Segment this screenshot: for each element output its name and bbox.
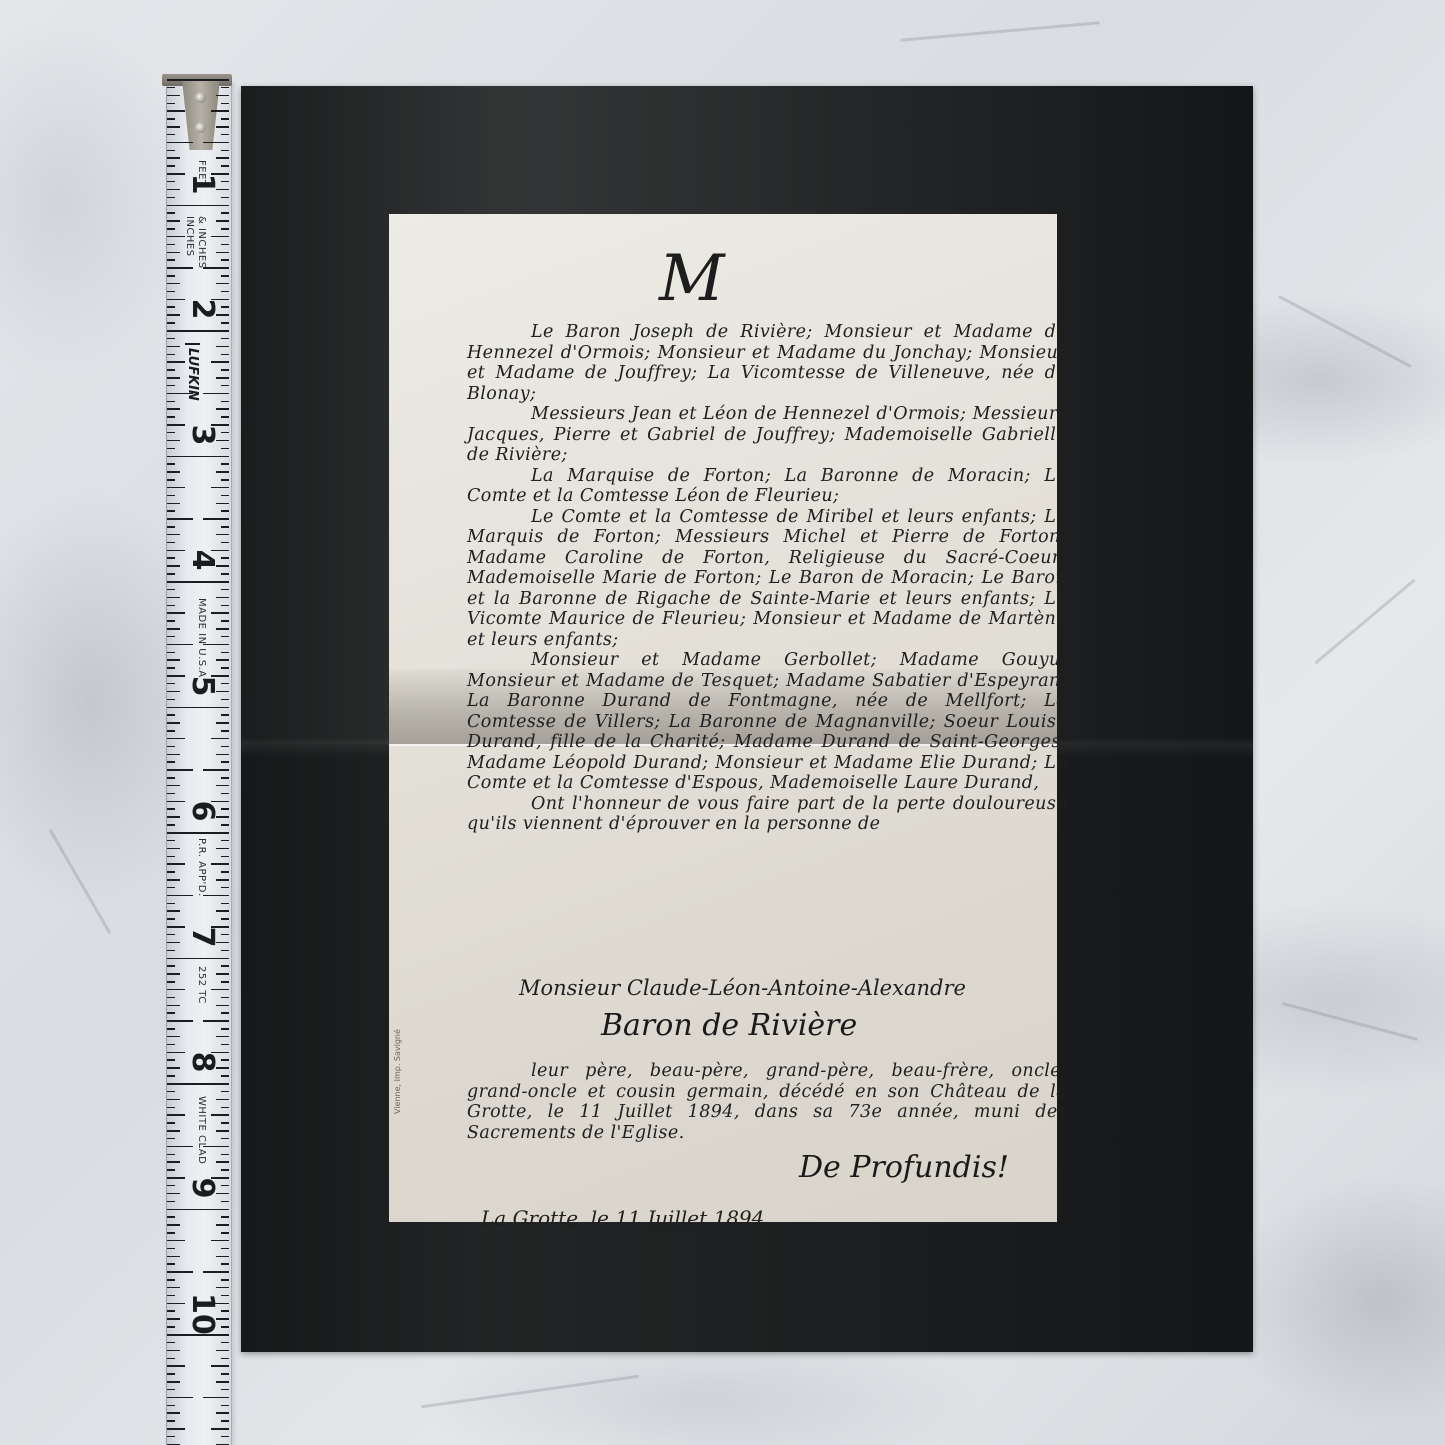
tick-mark xyxy=(167,926,185,928)
tick-mark xyxy=(221,463,229,465)
tick-mark xyxy=(167,1412,180,1414)
tick-mark xyxy=(216,1036,229,1038)
tick-mark xyxy=(203,707,229,709)
tape-label: 252 TC xyxy=(196,966,207,1004)
tick-mark xyxy=(167,722,180,724)
tick-mark xyxy=(167,401,175,403)
tick-mark xyxy=(221,840,229,842)
tick-mark xyxy=(167,1177,185,1179)
tick-mark xyxy=(211,989,229,991)
tape-label: WHITE CLAD xyxy=(196,1096,207,1164)
tick-mark xyxy=(203,393,229,395)
tick-mark xyxy=(167,212,175,214)
tick-mark xyxy=(167,1169,175,1171)
tick-mark xyxy=(211,1114,229,1116)
inch-number: 4 xyxy=(187,540,217,580)
tick-mark xyxy=(167,628,180,630)
tick-mark xyxy=(167,1279,175,1281)
tick-mark xyxy=(167,691,180,693)
tick-mark xyxy=(221,746,229,748)
tick-mark xyxy=(167,605,175,607)
tick-mark xyxy=(221,1012,229,1014)
tick-mark xyxy=(167,573,175,575)
tick-mark xyxy=(203,958,229,960)
tick-mark xyxy=(221,1279,229,1281)
tick-mark xyxy=(203,1209,229,1211)
tick-mark xyxy=(167,503,180,505)
inch-number: 9 xyxy=(187,1168,217,1208)
tick-mark xyxy=(221,1107,229,1109)
paragraph: Ont l'honneur de vous faire part de la p… xyxy=(467,794,1067,835)
tick-mark xyxy=(167,1271,193,1273)
tick-mark xyxy=(167,1146,193,1148)
deceased-name: Monsieur Claude-Léon-Antoine-Alexandre xyxy=(519,976,966,1000)
tick-mark xyxy=(216,1130,229,1132)
tick-mark xyxy=(221,165,229,167)
tick-mark xyxy=(221,934,229,936)
tick-mark xyxy=(221,871,229,873)
tick-mark xyxy=(167,652,175,654)
tick-mark xyxy=(167,667,175,669)
tick-mark xyxy=(216,503,229,505)
tick-mark xyxy=(167,1350,180,1352)
tick-mark xyxy=(167,110,185,112)
tick-mark xyxy=(167,1389,175,1391)
tick-mark xyxy=(216,126,229,128)
tick-mark xyxy=(216,1287,229,1289)
tick-mark xyxy=(167,777,175,779)
tick-mark xyxy=(221,103,229,105)
tick-mark xyxy=(167,299,185,301)
tick-mark xyxy=(167,612,185,614)
tick-mark xyxy=(203,581,229,583)
tick-mark xyxy=(167,730,175,732)
tick-mark xyxy=(167,808,175,810)
tick-mark xyxy=(221,118,229,120)
tick-mark xyxy=(216,534,229,536)
tick-mark xyxy=(167,1373,175,1375)
tick-mark xyxy=(167,157,180,159)
tick-mark xyxy=(221,1169,229,1171)
tick-mark xyxy=(221,1295,229,1297)
tick-mark xyxy=(167,1326,175,1328)
tick-mark xyxy=(221,87,229,89)
tick-mark xyxy=(221,150,229,152)
tick-mark xyxy=(167,989,185,991)
inch-number: 2 xyxy=(187,289,217,329)
tick-mark xyxy=(167,659,180,661)
paragraph: Monsieur et Madame Gerbollet; Madame Gou… xyxy=(467,650,1067,794)
tick-mark xyxy=(167,840,175,842)
marble-vein xyxy=(900,21,1100,41)
tick-mark xyxy=(221,1420,229,1422)
tick-mark xyxy=(216,346,229,348)
tick-mark xyxy=(167,1397,193,1399)
tick-mark xyxy=(167,103,175,105)
tick-mark xyxy=(167,557,175,559)
tick-mark xyxy=(216,659,229,661)
tick-mark xyxy=(167,534,180,536)
tick-mark xyxy=(216,1224,229,1226)
tick-mark xyxy=(167,1107,175,1109)
tick-mark xyxy=(221,903,229,905)
tick-mark xyxy=(167,1263,175,1265)
tick-mark xyxy=(167,236,185,238)
tick-mark xyxy=(221,605,229,607)
tick-mark xyxy=(216,754,229,756)
tick-mark xyxy=(221,1154,229,1156)
tick-mark xyxy=(167,526,175,528)
tick-mark xyxy=(221,385,229,387)
tick-mark xyxy=(203,142,229,144)
tick-mark xyxy=(167,973,180,975)
tick-mark xyxy=(167,1381,180,1383)
tick-mark xyxy=(221,1044,229,1046)
tick-mark xyxy=(221,306,229,308)
tick-mark xyxy=(221,683,229,685)
tick-mark xyxy=(211,612,229,614)
tick-mark xyxy=(221,620,229,622)
tick-mark xyxy=(167,1122,175,1124)
tick-mark xyxy=(167,1020,193,1022)
tick-mark xyxy=(167,636,175,638)
tick-mark xyxy=(221,1138,229,1140)
tape-brand: LUFKIN xyxy=(185,343,200,401)
tick-mark xyxy=(221,275,229,277)
tick-mark xyxy=(211,487,229,489)
tick-mark xyxy=(203,769,229,771)
paragraph: Messieurs Jean et Léon de Hennezel d'Orm… xyxy=(467,404,1067,466)
tick-mark xyxy=(167,1138,175,1140)
tick-mark xyxy=(167,1059,175,1061)
tick-mark xyxy=(216,408,229,410)
tick-mark xyxy=(167,197,175,199)
tick-mark xyxy=(167,377,180,379)
tick-mark xyxy=(167,1232,175,1234)
tick-mark xyxy=(167,346,180,348)
tick-mark xyxy=(167,1044,175,1046)
tick-mark xyxy=(221,1248,229,1250)
tick-mark xyxy=(167,1028,175,1030)
tick-mark xyxy=(167,565,180,567)
tick-mark xyxy=(167,487,185,489)
tick-mark xyxy=(167,1012,175,1014)
marble-vein xyxy=(421,1375,639,1409)
tick-mark xyxy=(216,973,229,975)
inch-number: 5 xyxy=(187,666,217,706)
tick-mark xyxy=(167,181,175,183)
tick-mark xyxy=(167,118,175,120)
mourning-card: M Le Baron Joseph de Rivière; Monsieur e… xyxy=(241,86,1253,1352)
tick-mark xyxy=(167,965,175,967)
tick-mark xyxy=(167,322,175,324)
tick-mark xyxy=(221,1201,229,1203)
tick-mark xyxy=(167,950,175,952)
tick-mark xyxy=(167,910,180,912)
tape-label: & INCHES xyxy=(196,216,207,269)
tick-mark xyxy=(216,1161,229,1163)
tick-mark xyxy=(216,848,229,850)
tick-mark xyxy=(167,1428,185,1430)
tick-mark xyxy=(167,1248,175,1250)
tick-mark xyxy=(167,856,175,858)
tick-mark xyxy=(221,448,229,450)
tick-mark xyxy=(221,1028,229,1030)
tick-mark xyxy=(221,589,229,591)
tick-mark xyxy=(167,1067,180,1069)
tick-mark xyxy=(167,1185,175,1187)
tick-mark xyxy=(221,197,229,199)
tape-label: INCHES xyxy=(184,216,195,257)
tick-mark xyxy=(216,95,229,97)
tick-mark xyxy=(167,252,180,254)
tick-mark xyxy=(221,824,229,826)
tick-mark xyxy=(211,1365,229,1367)
tick-mark xyxy=(216,910,229,912)
tick-mark xyxy=(167,644,193,646)
tick-mark xyxy=(221,354,229,356)
tick-mark xyxy=(167,675,185,677)
tick-mark xyxy=(221,1389,229,1391)
tick-mark xyxy=(167,620,175,622)
tick-mark xyxy=(221,1373,229,1375)
tick-mark xyxy=(221,887,229,889)
tick-mark xyxy=(203,330,229,332)
tick-mark xyxy=(216,283,229,285)
tick-mark xyxy=(221,495,229,497)
tape-label: P.R. APP'D. xyxy=(196,838,207,897)
tick-mark xyxy=(167,424,185,426)
tick-mark xyxy=(167,754,180,756)
tick-mark xyxy=(167,816,180,818)
tick-mark xyxy=(221,1091,229,1093)
tick-mark xyxy=(167,1091,175,1093)
tick-mark xyxy=(216,722,229,724)
tick-mark xyxy=(167,1256,180,1258)
tick-mark xyxy=(221,1310,229,1312)
tick-mark xyxy=(203,1271,229,1273)
rivet-icon xyxy=(195,92,206,103)
tick-mark xyxy=(203,1020,229,1022)
tick-mark xyxy=(167,95,180,97)
tick-mark xyxy=(216,1412,229,1414)
tick-mark xyxy=(221,1405,229,1407)
tick-mark xyxy=(167,275,175,277)
tick-mark xyxy=(221,259,229,261)
paragraph: La Marquise de Forton; La Baronne de Mor… xyxy=(467,466,1067,507)
tick-mark xyxy=(221,652,229,654)
tick-mark xyxy=(167,801,185,803)
tick-mark xyxy=(211,361,229,363)
tick-mark xyxy=(216,1256,229,1258)
tick-mark xyxy=(221,1358,229,1360)
tick-mark xyxy=(167,306,175,308)
tick-mark xyxy=(167,448,175,450)
tick-mark xyxy=(167,1099,180,1101)
tick-mark xyxy=(221,1059,229,1061)
tick-mark xyxy=(203,518,229,520)
tick-mark xyxy=(167,1052,185,1054)
tick-mark xyxy=(203,79,229,81)
tick-mark xyxy=(221,369,229,371)
tick-mark xyxy=(167,895,193,897)
deceased-title: Baron de Rivière xyxy=(601,1008,857,1043)
tick-mark xyxy=(167,1287,180,1289)
inch-number: 1 xyxy=(187,164,217,204)
tick-mark xyxy=(167,291,175,293)
tick-mark xyxy=(167,518,193,520)
tick-mark xyxy=(221,291,229,293)
tick-mark xyxy=(167,1130,180,1132)
tick-mark xyxy=(221,1436,229,1438)
tick-mark xyxy=(221,510,229,512)
inch-number: 10 xyxy=(187,1293,217,1333)
tick-mark xyxy=(221,997,229,999)
tick-mark xyxy=(167,997,175,999)
tick-mark xyxy=(167,1005,180,1007)
tick-mark xyxy=(167,1358,175,1360)
tick-mark xyxy=(167,761,175,763)
tick-mark xyxy=(167,1342,175,1344)
tick-mark xyxy=(167,267,193,269)
tick-mark xyxy=(167,165,175,167)
tick-mark xyxy=(221,1216,229,1218)
tick-mark xyxy=(167,746,175,748)
paragraph: leur père, beau-père, grand-père, beau-f… xyxy=(467,1061,1067,1143)
tick-mark xyxy=(167,479,175,481)
tick-mark xyxy=(221,1122,229,1124)
tick-mark xyxy=(221,228,229,230)
tick-mark xyxy=(167,1303,185,1305)
tick-mark xyxy=(167,134,175,136)
tick-mark xyxy=(221,699,229,701)
tick-mark xyxy=(221,212,229,214)
tick-mark xyxy=(221,950,229,952)
tick-mark xyxy=(211,738,229,740)
tick-mark xyxy=(167,369,175,371)
tick-mark xyxy=(216,597,229,599)
tick-mark xyxy=(167,1405,175,1407)
tick-mark xyxy=(167,848,180,850)
tick-mark xyxy=(221,542,229,544)
tick-mark xyxy=(221,557,229,559)
printer-mark: Vienne, Imp. Savigné xyxy=(393,1029,402,1114)
tick-mark xyxy=(167,361,185,363)
marble-vein xyxy=(49,829,112,934)
tick-mark xyxy=(216,252,229,254)
tick-mark xyxy=(221,667,229,669)
tick-mark xyxy=(167,550,185,552)
tick-mark xyxy=(167,1193,180,1195)
place-date: La Grotte, le 11 Juillet 1894. xyxy=(481,1206,771,1230)
tick-mark xyxy=(216,628,229,630)
tick-mark xyxy=(167,1161,180,1163)
tick-mark xyxy=(221,981,229,983)
tick-mark xyxy=(167,354,175,356)
tick-mark xyxy=(221,134,229,136)
tick-mark xyxy=(167,259,175,261)
tick-mark xyxy=(221,856,229,858)
tick-mark xyxy=(221,401,229,403)
tick-mark xyxy=(167,1216,175,1218)
tick-mark xyxy=(167,769,193,771)
inch-number: 6 xyxy=(187,791,217,831)
inch-number: 7 xyxy=(187,917,217,957)
tick-mark xyxy=(167,220,180,222)
tick-mark xyxy=(221,1075,229,1077)
tick-mark xyxy=(167,510,175,512)
marble-vein xyxy=(1282,1002,1418,1041)
tick-mark xyxy=(167,785,180,787)
tick-mark xyxy=(167,597,180,599)
tick-mark xyxy=(167,142,193,144)
tick-mark xyxy=(167,824,175,826)
tick-mark xyxy=(221,793,229,795)
inch-number: 8 xyxy=(187,1042,217,1082)
tick-mark xyxy=(167,471,180,473)
tick-mark xyxy=(211,1240,229,1242)
tick-mark xyxy=(203,1083,229,1085)
prayer: De Profundis! xyxy=(799,1150,1009,1185)
tick-mark xyxy=(167,228,175,230)
paragraph: Le Baron Joseph de Rivière; Monsieur et … xyxy=(467,322,1067,404)
tick-mark xyxy=(167,1036,180,1038)
tick-mark xyxy=(211,863,229,865)
inch-number: 3 xyxy=(187,415,217,455)
tick-mark xyxy=(221,244,229,246)
tick-mark xyxy=(221,573,229,575)
monogram: M xyxy=(659,242,725,316)
tick-mark xyxy=(216,1005,229,1007)
tick-mark xyxy=(221,777,229,779)
tick-mark xyxy=(167,463,175,465)
tick-mark xyxy=(167,126,180,128)
tick-mark xyxy=(167,385,175,387)
death-notice: leur père, beau-père, grand-père, beau-f… xyxy=(467,1061,1067,1143)
rivet-icon xyxy=(195,122,206,133)
tick-mark xyxy=(221,761,229,763)
tick-mark xyxy=(221,714,229,716)
tick-mark xyxy=(167,793,175,795)
tick-mark xyxy=(167,887,175,889)
tick-mark xyxy=(216,1350,229,1352)
tick-mark xyxy=(221,1342,229,1344)
tick-mark xyxy=(167,879,180,881)
tick-mark xyxy=(221,479,229,481)
tick-mark xyxy=(167,1154,175,1156)
tick-mark xyxy=(221,432,229,434)
tick-mark xyxy=(167,314,180,316)
tick-mark xyxy=(203,832,229,834)
tick-mark xyxy=(221,965,229,967)
paragraph: Le Comte et la Comtesse de Miribel et le… xyxy=(467,507,1067,651)
tick-mark xyxy=(216,220,229,222)
marble-vein xyxy=(1314,579,1416,665)
tick-mark xyxy=(167,408,180,410)
tick-mark xyxy=(167,1436,175,1438)
tick-mark xyxy=(167,542,175,544)
tick-mark xyxy=(167,903,175,905)
tick-mark xyxy=(221,181,229,183)
tick-mark xyxy=(167,283,180,285)
tick-mark xyxy=(216,471,229,473)
tick-mark xyxy=(221,1232,229,1234)
tick-mark xyxy=(167,1420,175,1422)
tick-mark xyxy=(221,1263,229,1265)
tick-mark xyxy=(167,738,185,740)
tick-mark xyxy=(167,981,175,983)
tick-mark xyxy=(216,1099,229,1101)
